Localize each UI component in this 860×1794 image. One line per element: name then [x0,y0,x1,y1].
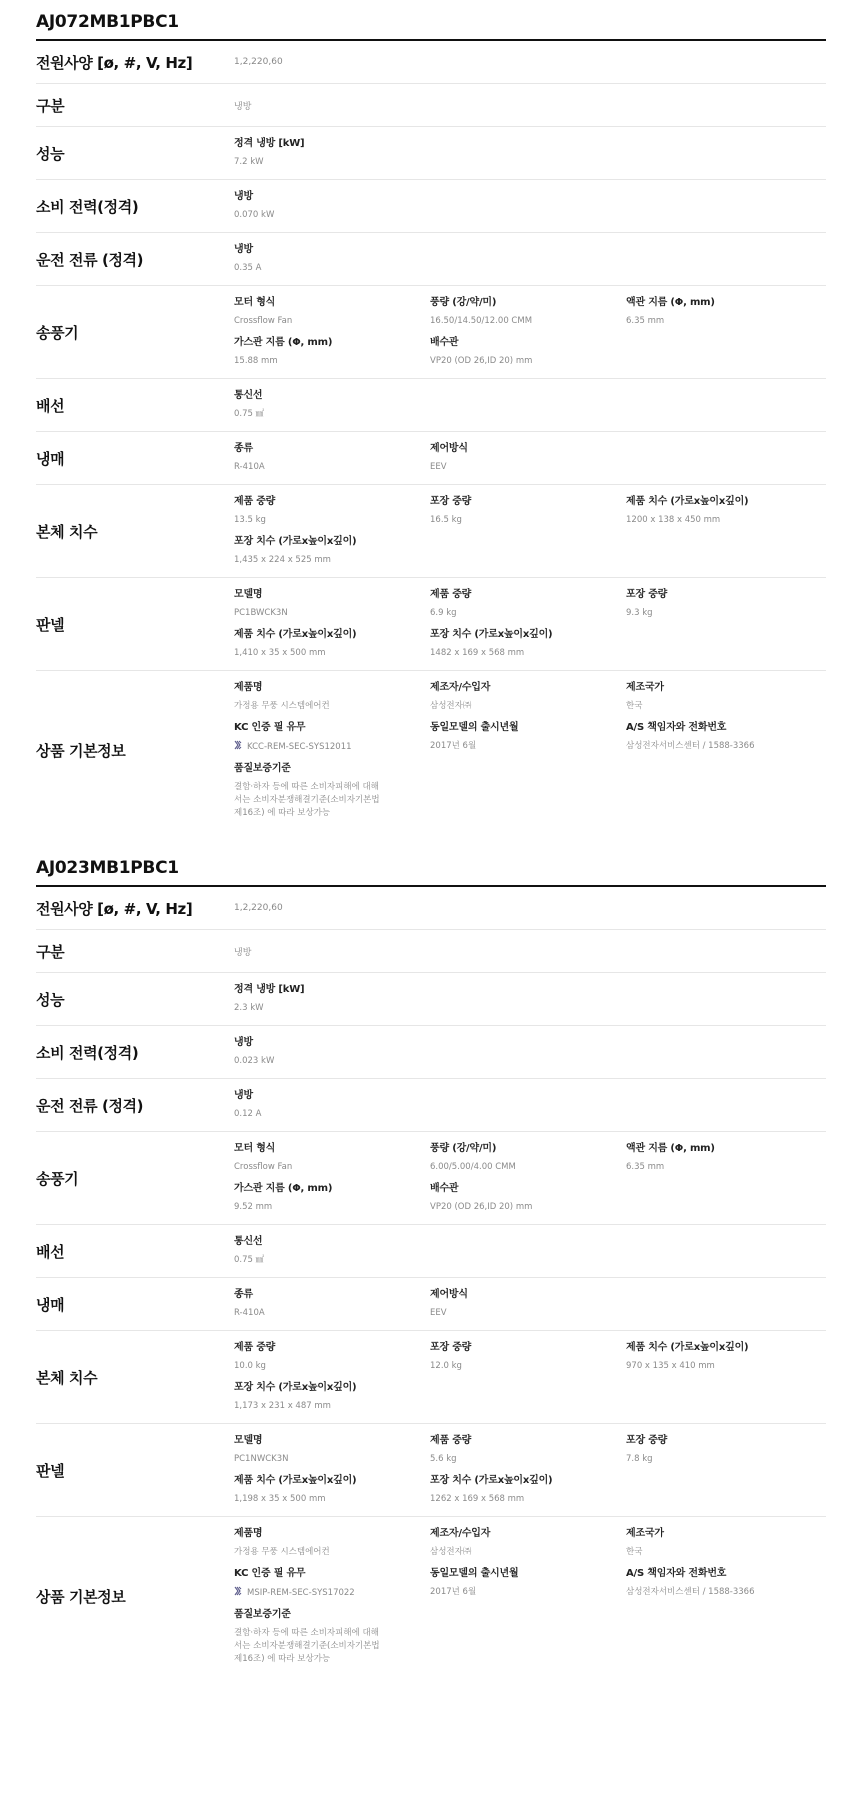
spec-item-value: 6.35 mm [626,315,822,328]
spec-item-title: KC 인증 필 유무 [234,1567,430,1581]
model-title: AJ023MB1PBC1 [36,854,826,887]
spec-values: 냉방0.023 kW [234,1036,826,1068]
spec-item-title: 제품 중량 [234,495,430,509]
spec-values: 통신선0.75 ㎟ [234,389,826,421]
spec-item-title: 모터 형식 [234,296,430,310]
spec-item-value: 결함·하자 등에 따른 소비자피해에 대해서는 소비자분쟁해결기준(소비자기본법… [234,1627,384,1666]
kc-cert-number: MSIP-REM-SEC-SYS17022 [247,1588,355,1598]
spec-row: 냉매종류R-410A제어방식EEV [36,432,826,485]
spec-item: 냉방0.35 A [234,243,430,275]
spec-values: 모터 형식Crossflow Fan풍량 (강/약/미)6.00/5.00/4.… [234,1142,826,1214]
spec-label: 배선 [36,1241,234,1262]
spec-item: 풍량 (강/약/미)16.50/14.50/12.00 CMM [430,296,626,328]
spec-item-title: 가스관 지름 (Φ, mm) [234,336,430,350]
spec-item: 포장 중량12.0 kg [430,1341,626,1373]
spec-item: 가스관 지름 (Φ, mm)15.88 mm [234,336,430,368]
spec-item: 포장 중량16.5 kg [430,495,626,527]
spec-item-value: 가정용 무풍 시스템에어컨 [234,700,430,713]
spec-item-title: 동일모델의 출시년월 [430,721,626,735]
spec-row: 구분냉방 [36,84,826,127]
spec-item-value: R-410A [234,1307,430,1320]
spec-item-value: 0.75 ㎟ [234,1254,430,1267]
spec-item-title: 종류 [234,442,430,456]
spec-item-title: KC 인증 필 유무 [234,721,430,735]
spec-item: 정격 냉방 [kW]2.3 kW [234,983,430,1015]
spec-label: 전원사양 [ø, #, V, Hz] [36,898,234,919]
spec-item-value: PC1NWCK3N [234,1453,430,1466]
spec-item: 액관 지름 (Φ, mm)6.35 mm [626,296,822,328]
spec-values: 정격 냉방 [kW]2.3 kW [234,983,826,1015]
spec-item: 제품 중량13.5 kg [234,495,430,527]
spec-values: 정격 냉방 [kW]7.2 kW [234,137,826,169]
spec-item: 제품 중량5.6 kg [430,1434,626,1466]
spec-row: 운전 전류 (정격)냉방0.12 A [36,1079,826,1132]
spec-item-value: 2.3 kW [234,1002,430,1015]
spec-item-title: 모터 형식 [234,1142,430,1156]
spec-item: 동일모델의 출시년월2017년 6월 [430,721,626,754]
spec-item: A/S 책임자와 전화번호삼성전자서비스센터 / 1588-3366 [626,721,822,754]
spec-item-value: 1,435 x 224 x 525 mm [234,554,430,567]
spec-item-title: 풍량 (강/약/미) [430,296,626,310]
spec-item-value: 5.6 kg [430,1453,626,1466]
spec-item: 모터 형식Crossflow Fan [234,296,430,328]
spec-item-value: 6.35 mm [626,1161,822,1174]
spec-item-title: 동일모델의 출시년월 [430,1567,626,1581]
spec-label: 상품 기본정보 [36,740,234,761]
spec-label: 구분 [36,95,234,116]
spec-item: KC 인증 필 유무MSIP-REM-SEC-SYS17022 [234,1567,430,1600]
spec-item-value: 0.75 ㎟ [234,408,430,421]
spec-values: 통신선0.75 ㎟ [234,1235,826,1267]
spec-item-value: 삼성전자㈜ [430,1546,626,1559]
spec-values: 냉방0.12 A [234,1089,826,1121]
spec-item-value: 삼성전자서비스센터 / 1588-3366 [626,740,822,753]
spec-item-title: 포장 치수 (가로x높이x깊이) [234,1381,430,1395]
spec-row: 냉매종류R-410A제어방식EEV [36,1278,826,1331]
spec-item-value: 16.50/14.50/12.00 CMM [430,315,626,328]
spec-item-value: Crossflow Fan [234,315,430,328]
spec-item: 제어방식EEV [430,442,626,474]
spec-item-value: Crossflow Fan [234,1161,430,1174]
spec-label: 소비 전력(정격) [36,1042,234,1063]
spec-item: 제조자/수입자삼성전자㈜ [430,1527,626,1559]
spec-item: 제품명가정용 무풍 시스템에어컨 [234,681,430,713]
spec-item-title: 정격 냉방 [kW] [234,137,430,151]
spec-item-title: 품질보증기준 [234,1608,430,1622]
spec-values: 종류R-410A제어방식EEV [234,442,826,474]
spec-item-title: 포장 중량 [626,588,822,602]
spec-item: 제조자/수입자삼성전자㈜ [430,681,626,713]
spec-item-value: 가정용 무풍 시스템에어컨 [234,1546,430,1559]
spec-value: 1,2,220,60 [234,903,826,913]
spec-values: 냉방0.35 A [234,243,826,275]
model-spec-section: AJ072MB1PBC1전원사양 [ø, #, V, Hz]1,2,220,60… [36,8,826,838]
spec-item-value: 1482 x 169 x 568 mm [430,647,626,660]
kc-mark-icon [234,1586,242,1596]
spec-row: 배선통신선0.75 ㎟ [36,1225,826,1278]
spec-item: 제조국가한국 [626,1527,822,1559]
spec-item: 통신선0.75 ㎟ [234,389,430,421]
spec-item: 액관 지름 (Φ, mm)6.35 mm [626,1142,822,1174]
spec-label: 배선 [36,395,234,416]
spec-item-value: 1200 x 138 x 450 mm [626,514,822,527]
spec-row: 판넬모델명PC1BWCK3N제품 중량6.9 kg포장 중량9.3 kg제품 치… [36,578,826,671]
spec-item: 모터 형식Crossflow Fan [234,1142,430,1174]
spec-item: 모델명PC1NWCK3N [234,1434,430,1466]
kc-mark-icon [234,740,242,750]
spec-row: 전원사양 [ø, #, V, Hz]1,2,220,60 [36,887,826,930]
spec-label: 판넬 [36,614,234,635]
spec-item-value: 10.0 kg [234,1360,430,1373]
spec-item-value: 1,173 x 231 x 487 mm [234,1400,430,1413]
spec-item-value: 0.070 kW [234,209,430,222]
spec-item-value: 한국 [626,1546,822,1559]
spec-item-value: 한국 [626,700,822,713]
model-title: AJ072MB1PBC1 [36,8,826,41]
spec-item-title: 제품 중량 [234,1341,430,1355]
spec-item: 동일모델의 출시년월2017년 6월 [430,1567,626,1600]
spec-item-value: EEV [430,461,626,474]
spec-item-value: KCC-REM-SEC-SYS12011 [234,740,430,754]
spec-item-title: 정격 냉방 [kW] [234,983,430,997]
spec-item-title: 포장 치수 (가로x높이x깊이) [430,628,626,642]
spec-item-value: 6.9 kg [430,607,626,620]
spec-label: 운전 전류 (정격) [36,249,234,270]
spec-values: 제품명가정용 무풍 시스템에어컨제조자/수입자삼성전자㈜제조국가한국KC 인증 … [234,681,826,820]
spec-values: 제품 중량10.0 kg포장 중량12.0 kg제품 치수 (가로x높이x깊이)… [234,1341,826,1413]
spec-item-value: 13.5 kg [234,514,430,527]
spec-item-value: R-410A [234,461,430,474]
spec-row: 배선통신선0.75 ㎟ [36,379,826,432]
spec-label: 소비 전력(정격) [36,196,234,217]
spec-item-value: EEV [430,1307,626,1320]
spec-value: 냉방 [234,945,826,958]
spec-label: 구분 [36,941,234,962]
spec-item-title: A/S 책임자와 전화번호 [626,1567,822,1581]
spec-values: 모터 형식Crossflow Fan풍량 (강/약/미)16.50/14.50/… [234,296,826,368]
spec-item-title: 제품 치수 (가로x높이x깊이) [234,1474,430,1488]
spec-item: 냉방0.070 kW [234,190,430,222]
spec-label: 송풍기 [36,1168,234,1189]
spec-item: 정격 냉방 [kW]7.2 kW [234,137,430,169]
model-spec-section: AJ023MB1PBC1전원사양 [ø, #, V, Hz]1,2,220,60… [36,854,826,1684]
spec-item-title: 배수관 [430,336,626,350]
spec-item-title: 포장 중량 [430,495,626,509]
spec-label: 운전 전류 (정격) [36,1095,234,1116]
spec-item-title: 포장 중량 [626,1434,822,1448]
spec-item-title: 제조자/수입자 [430,1527,626,1541]
spec-values: 냉방0.070 kW [234,190,826,222]
spec-values: 모델명PC1NWCK3N제품 중량5.6 kg포장 중량7.8 kg제품 치수 … [234,1434,826,1506]
spec-item: 품질보증기준결함·하자 등에 따른 소비자피해에 대해서는 소비자분쟁해결기준(… [234,762,430,820]
spec-label: 본체 치수 [36,1367,234,1388]
spec-item: A/S 책임자와 전화번호삼성전자서비스센터 / 1588-3366 [626,1567,822,1600]
spec-item-title: 포장 중량 [430,1341,626,1355]
spec-item-value: 삼성전자㈜ [430,700,626,713]
spec-label: 송풍기 [36,322,234,343]
spec-item-title: 액관 지름 (Φ, mm) [626,296,822,310]
spec-item-value: 6.00/5.00/4.00 CMM [430,1161,626,1174]
spec-item-value: 1,410 x 35 x 500 mm [234,647,430,660]
spec-item-title: 포장 치수 (가로x높이x깊이) [234,535,430,549]
spec-item: 풍량 (강/약/미)6.00/5.00/4.00 CMM [430,1142,626,1174]
spec-values: 제품명가정용 무풍 시스템에어컨제조자/수입자삼성전자㈜제조국가한국KC 인증 … [234,1527,826,1666]
spec-item: 모델명PC1BWCK3N [234,588,430,620]
spec-item: 품질보증기준결함·하자 등에 따른 소비자피해에 대해서는 소비자분쟁해결기준(… [234,1608,430,1666]
spec-item-title: 냉방 [234,1089,430,1103]
spec-item-value: 1262 x 169 x 568 mm [430,1493,626,1506]
spec-item-value: 7.8 kg [626,1453,822,1466]
spec-row: 본체 치수제품 중량13.5 kg포장 중량16.5 kg제품 치수 (가로x높… [36,485,826,578]
spec-item-title: 풍량 (강/약/미) [430,1142,626,1156]
spec-item: 제품 치수 (가로x높이x깊이)970 x 135 x 410 mm [626,1341,822,1373]
spec-item-value: VP20 (OD 26,ID 20) mm [430,355,626,368]
spec-item-value: MSIP-REM-SEC-SYS17022 [234,1586,430,1600]
spec-item-title: 액관 지름 (Φ, mm) [626,1142,822,1156]
spec-item-title: 제조자/수입자 [430,681,626,695]
spec-value: 냉방 [234,99,826,112]
spec-item: 제조국가한국 [626,681,822,713]
spec-item: 포장 중량9.3 kg [626,588,822,620]
spec-item: 냉방0.023 kW [234,1036,430,1068]
spec-item: 가스관 지름 (Φ, mm)9.52 mm [234,1182,430,1214]
spec-item-title: 냉방 [234,243,430,257]
spec-item-value: 970 x 135 x 410 mm [626,1360,822,1373]
spec-label: 성능 [36,143,234,164]
spec-values: 종류R-410A제어방식EEV [234,1288,826,1320]
spec-label: 냉매 [36,448,234,469]
spec-item-title: 제품 치수 (가로x높이x깊이) [626,1341,822,1355]
spec-label: 전원사양 [ø, #, V, Hz] [36,52,234,73]
spec-item-value: 0.023 kW [234,1055,430,1068]
spec-row: 성능정격 냉방 [kW]2.3 kW [36,973,826,1026]
spec-row: 성능정격 냉방 [kW]7.2 kW [36,127,826,180]
spec-item-value: 7.2 kW [234,156,430,169]
spec-item-title: 제품 중량 [430,588,626,602]
spec-item-title: 가스관 지름 (Φ, mm) [234,1182,430,1196]
spec-values: 제품 중량13.5 kg포장 중량16.5 kg제품 치수 (가로x높이x깊이)… [234,495,826,567]
spec-row: 구분냉방 [36,930,826,973]
spec-item: 종류R-410A [234,442,430,474]
spec-item-title: 포장 치수 (가로x높이x깊이) [430,1474,626,1488]
spec-item-title: 제품 치수 (가로x높이x깊이) [234,628,430,642]
spec-item-title: 배수관 [430,1182,626,1196]
spec-item-title: 종류 [234,1288,430,1302]
spec-label: 상품 기본정보 [36,1586,234,1607]
spec-item: 포장 중량7.8 kg [626,1434,822,1466]
spec-row: 전원사양 [ø, #, V, Hz]1,2,220,60 [36,41,826,84]
spec-item-title: 모델명 [234,588,430,602]
spec-item-title: 제어방식 [430,442,626,456]
spec-item-value: 16.5 kg [430,514,626,527]
spec-row: 상품 기본정보제품명가정용 무풍 시스템에어컨제조자/수입자삼성전자㈜제조국가한… [36,671,826,838]
spec-item: 제품 중량10.0 kg [234,1341,430,1373]
spec-row: 송풍기모터 형식Crossflow Fan풍량 (강/약/미)16.50/14.… [36,286,826,379]
spec-item: 제품 치수 (가로x높이x깊이)1,410 x 35 x 500 mm [234,628,430,660]
spec-item-title: 제품 치수 (가로x높이x깊이) [626,495,822,509]
spec-item-value: 15.88 mm [234,355,430,368]
spec-item: 포장 치수 (가로x높이x깊이)1,435 x 224 x 525 mm [234,535,430,567]
spec-item-value: 0.12 A [234,1108,430,1121]
spec-item-title: 제어방식 [430,1288,626,1302]
spec-item: 배수관VP20 (OD 26,ID 20) mm [430,336,626,368]
spec-item-value: 삼성전자서비스센터 / 1588-3366 [626,1586,822,1599]
spec-row: 소비 전력(정격)냉방0.070 kW [36,180,826,233]
spec-item: 종류R-410A [234,1288,430,1320]
spec-item-title: 제품 중량 [430,1434,626,1448]
spec-label: 판넬 [36,1460,234,1481]
spec-row: 판넬모델명PC1NWCK3N제품 중량5.6 kg포장 중량7.8 kg제품 치… [36,1424,826,1517]
spec-item: 제품명가정용 무풍 시스템에어컨 [234,1527,430,1559]
spec-item: 포장 치수 (가로x높이x깊이)1,173 x 231 x 487 mm [234,1381,430,1413]
spec-item-title: 냉방 [234,190,430,204]
spec-values: 모델명PC1BWCK3N제품 중량6.9 kg포장 중량9.3 kg제품 치수 … [234,588,826,660]
spec-item-value: 결함·하자 등에 따른 소비자피해에 대해서는 소비자분쟁해결기준(소비자기본법… [234,781,384,820]
spec-item-value: PC1BWCK3N [234,607,430,620]
spec-row: 본체 치수제품 중량10.0 kg포장 중량12.0 kg제품 치수 (가로x높… [36,1331,826,1424]
spec-item: 제품 치수 (가로x높이x깊이)1200 x 138 x 450 mm [626,495,822,527]
spec-row: 송풍기모터 형식Crossflow Fan풍량 (강/약/미)6.00/5.00… [36,1132,826,1225]
spec-item-title: A/S 책임자와 전화번호 [626,721,822,735]
spec-label: 본체 치수 [36,521,234,542]
spec-row: 운전 전류 (정격)냉방0.35 A [36,233,826,286]
spec-item: 제품 중량6.9 kg [430,588,626,620]
spec-item-value: 9.52 mm [234,1201,430,1214]
spec-item-value: 9.3 kg [626,607,822,620]
spec-item: 제어방식EEV [430,1288,626,1320]
spec-item-value: 0.35 A [234,262,430,275]
spec-label: 성능 [36,989,234,1010]
kc-cert-number: KCC-REM-SEC-SYS12011 [247,742,352,752]
spec-item: 냉방0.12 A [234,1089,430,1121]
spec-item-title: 제품명 [234,1527,430,1541]
spec-item: 포장 치수 (가로x높이x깊이)1482 x 169 x 568 mm [430,628,626,660]
spec-row: 소비 전력(정격)냉방0.023 kW [36,1026,826,1079]
spec-item-title: 품질보증기준 [234,762,430,776]
spec-item-title: 통신선 [234,389,430,403]
spec-item-title: 모델명 [234,1434,430,1448]
spec-value: 1,2,220,60 [234,57,826,67]
spec-item-title: 냉방 [234,1036,430,1050]
spec-item-value: 1,198 x 35 x 500 mm [234,1493,430,1506]
spec-item: 제품 치수 (가로x높이x깊이)1,198 x 35 x 500 mm [234,1474,430,1506]
spec-item: 포장 치수 (가로x높이x깊이)1262 x 169 x 568 mm [430,1474,626,1506]
spec-item-title: 제품명 [234,681,430,695]
spec-item-title: 제조국가 [626,681,822,695]
spec-item: KC 인증 필 유무KCC-REM-SEC-SYS12011 [234,721,430,754]
spec-item-title: 통신선 [234,1235,430,1249]
spec-document: AJ072MB1PBC1전원사양 [ø, #, V, Hz]1,2,220,60… [36,8,826,1684]
spec-item-value: 2017년 6월 [430,1586,626,1599]
spec-label: 냉매 [36,1294,234,1315]
spec-item-value: 12.0 kg [430,1360,626,1373]
spec-item-value: 2017년 6월 [430,740,626,753]
spec-item-value: VP20 (OD 26,ID 20) mm [430,1201,626,1214]
spec-item: 배수관VP20 (OD 26,ID 20) mm [430,1182,626,1214]
spec-row: 상품 기본정보제품명가정용 무풍 시스템에어컨제조자/수입자삼성전자㈜제조국가한… [36,1517,826,1684]
spec-item: 통신선0.75 ㎟ [234,1235,430,1267]
spec-item-title: 제조국가 [626,1527,822,1541]
